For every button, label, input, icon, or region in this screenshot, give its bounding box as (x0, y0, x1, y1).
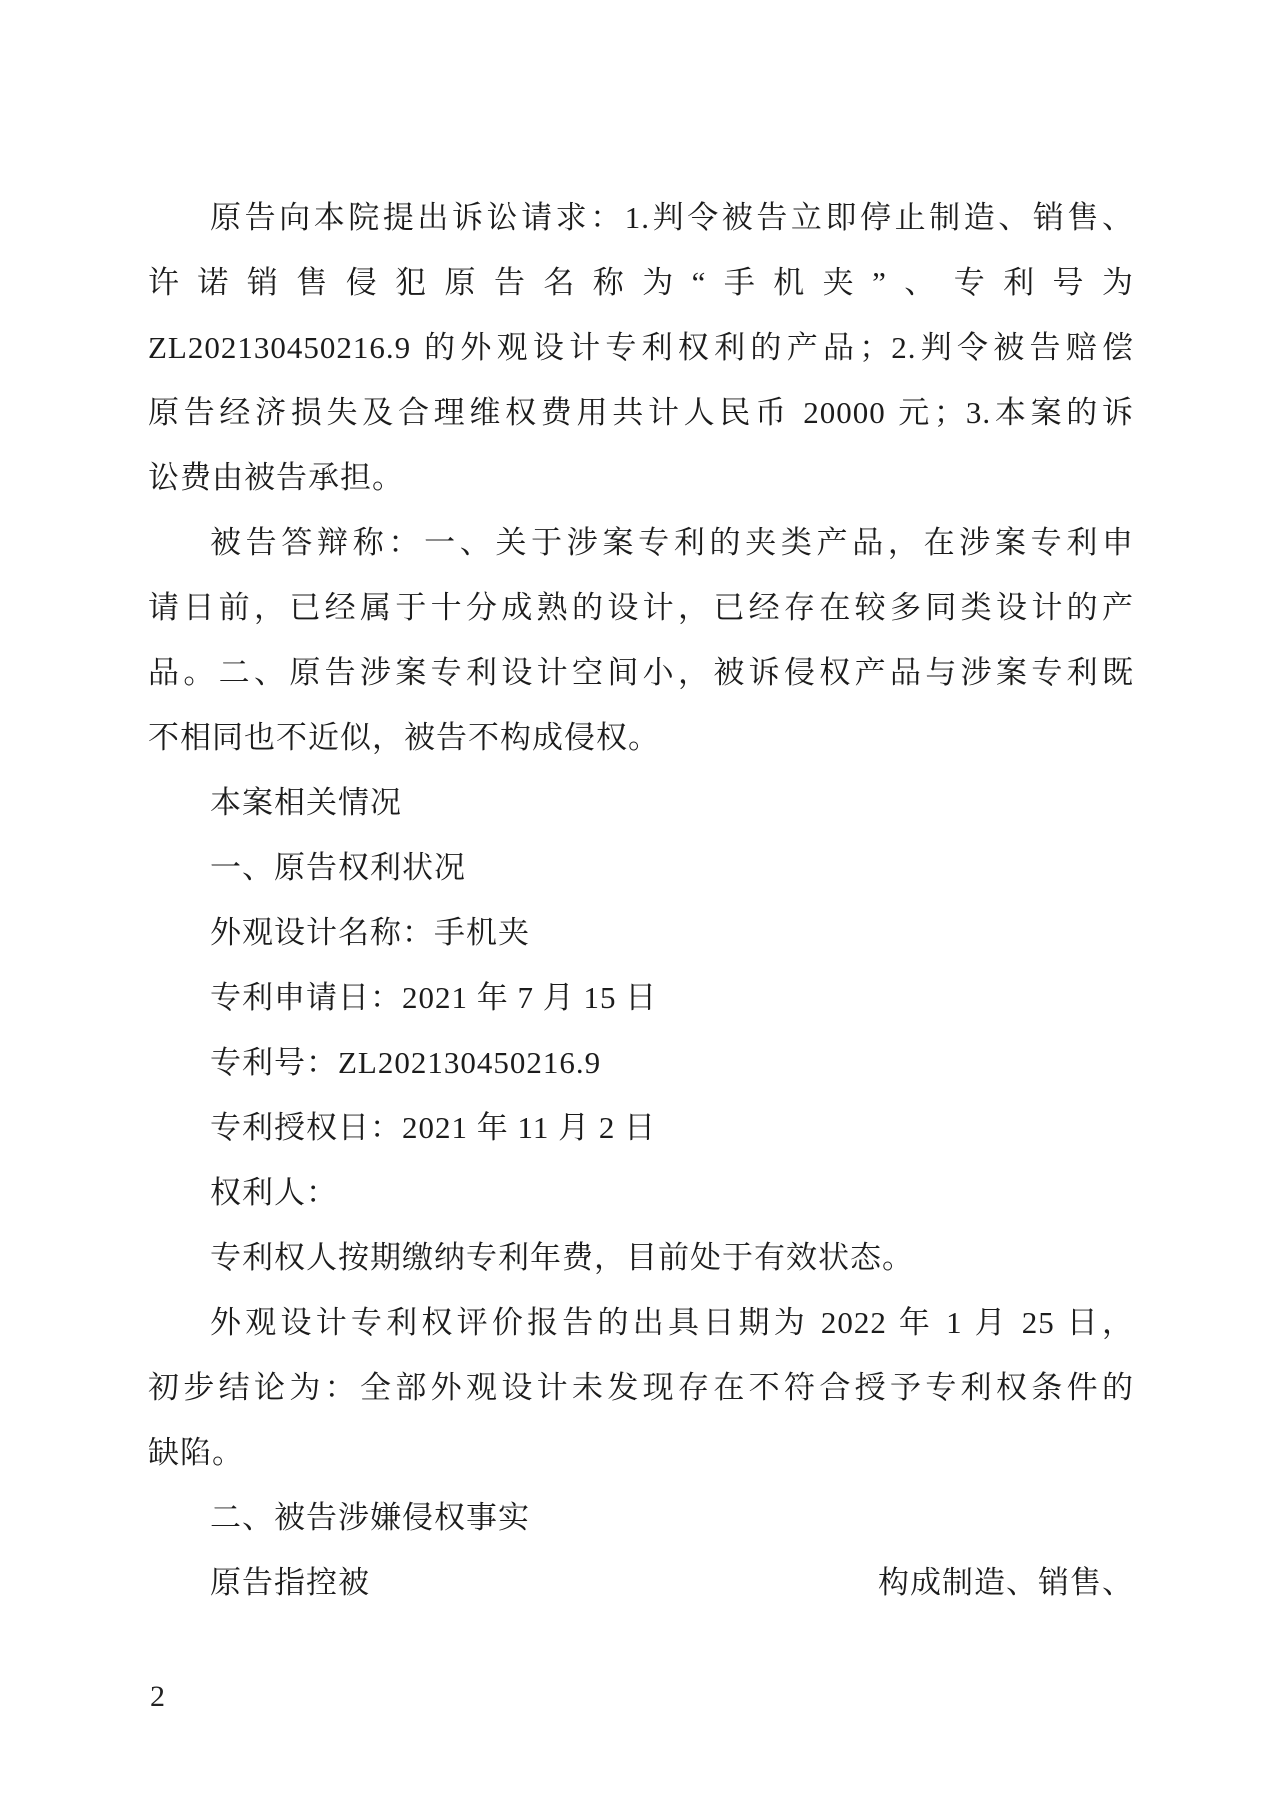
text-line: 一、原告权利状况 (148, 835, 1134, 900)
document-page: 原告向本院提出诉讼请求：1.判令被告立即停止制造、销售、许诺销售侵犯原告名称为“… (0, 0, 1268, 1793)
text-line: 专利号：ZL202130450216.9 (148, 1030, 1134, 1095)
text-line: 原告向本院提出诉讼请求：1.判令被告立即停止制造、销售、 (148, 185, 1134, 250)
text-line: 不相同也不近似，被告不构成侵权。 (148, 705, 1134, 770)
text-line: 原告指控被构成制造、销售、 (148, 1550, 1134, 1615)
text-line: 被告答辩称：一、关于涉案专利的夹类产品，在涉案专利申 (148, 510, 1134, 575)
text-line: 品。二、原告涉案专利设计空间小，被诉侵权产品与涉案专利既 (148, 640, 1134, 705)
text-line-left: 原告指控被 (210, 1550, 370, 1615)
text-line: 专利授权日：2021 年 11 月 2 日 (148, 1095, 1134, 1160)
text-line: 专利申请日：2021 年 7 月 15 日 (148, 965, 1134, 1030)
text-line: 许诺销售侵犯原告名称为“手机夹”、专利号为 (148, 250, 1134, 315)
text-line: 请日前，已经属于十分成熟的设计，已经存在较多同类设计的产 (148, 575, 1134, 640)
text-line: 外观设计名称：手机夹 (148, 900, 1134, 965)
text-line: 本案相关情况 (148, 770, 1134, 835)
text-line-right: 构成制造、销售、 (878, 1550, 1134, 1615)
text-line: 讼费由被告承担。 (148, 445, 1134, 510)
text-line: ZL202130450216.9 的外观设计专利权利的产品；2.判令被告赔偿 (148, 315, 1134, 380)
document-body: 原告向本院提出诉讼请求：1.判令被告立即停止制造、销售、许诺销售侵犯原告名称为“… (148, 185, 1134, 1615)
page-number: 2 (150, 1678, 165, 1716)
text-line: 缺陷。 (148, 1420, 1134, 1485)
text-line: 二、被告涉嫌侵权事实 (148, 1485, 1134, 1550)
text-line: 初步结论为：全部外观设计未发现存在不符合授予专利权条件的 (148, 1355, 1134, 1420)
text-line: 专利权人按期缴纳专利年费，目前处于有效状态。 (148, 1225, 1134, 1290)
text-line: 权利人： (148, 1160, 1134, 1225)
text-line: 原告经济损失及合理维权费用共计人民币 20000 元；3.本案的诉 (148, 380, 1134, 445)
text-line: 外观设计专利权评价报告的出具日期为 2022 年 1 月 25 日， (148, 1290, 1134, 1355)
